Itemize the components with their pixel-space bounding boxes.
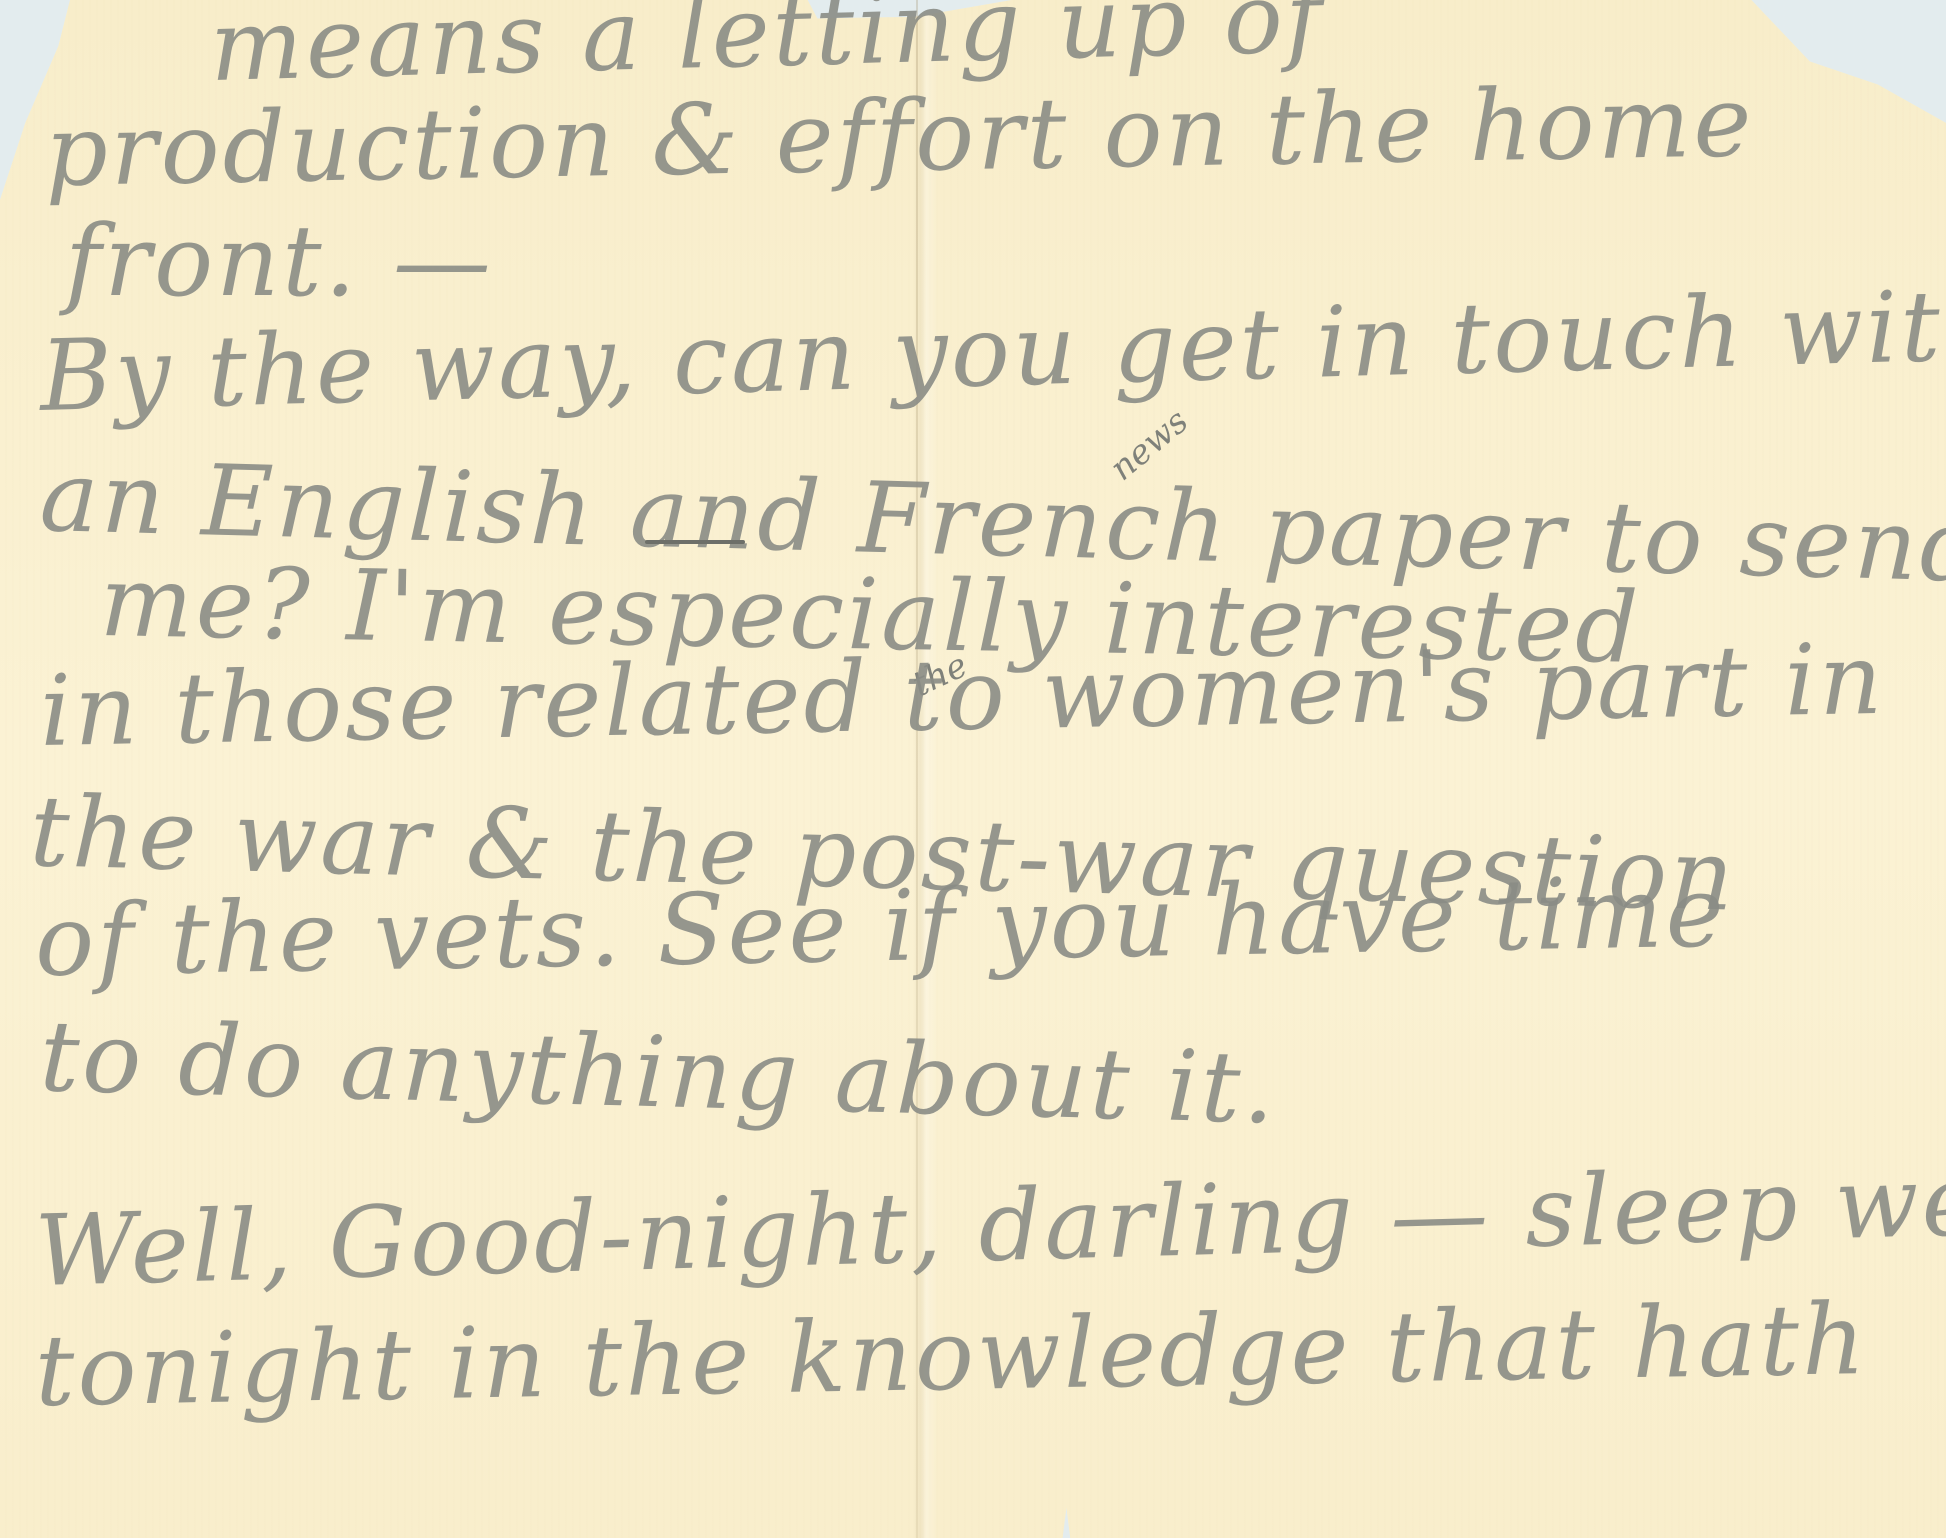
handwritten-letter: means a letting up of production & effor… <box>0 0 1946 1538</box>
letter-line-3: front. — <box>65 205 494 319</box>
letter-line-12: tonight in the knowledge that hath <box>34 1283 1869 1429</box>
underline-and <box>645 540 745 544</box>
letter-line-10: to do anything about it. <box>39 1000 1279 1146</box>
letter-line-11: Well, Good-night, darling — sleep well <box>34 1142 1946 1309</box>
